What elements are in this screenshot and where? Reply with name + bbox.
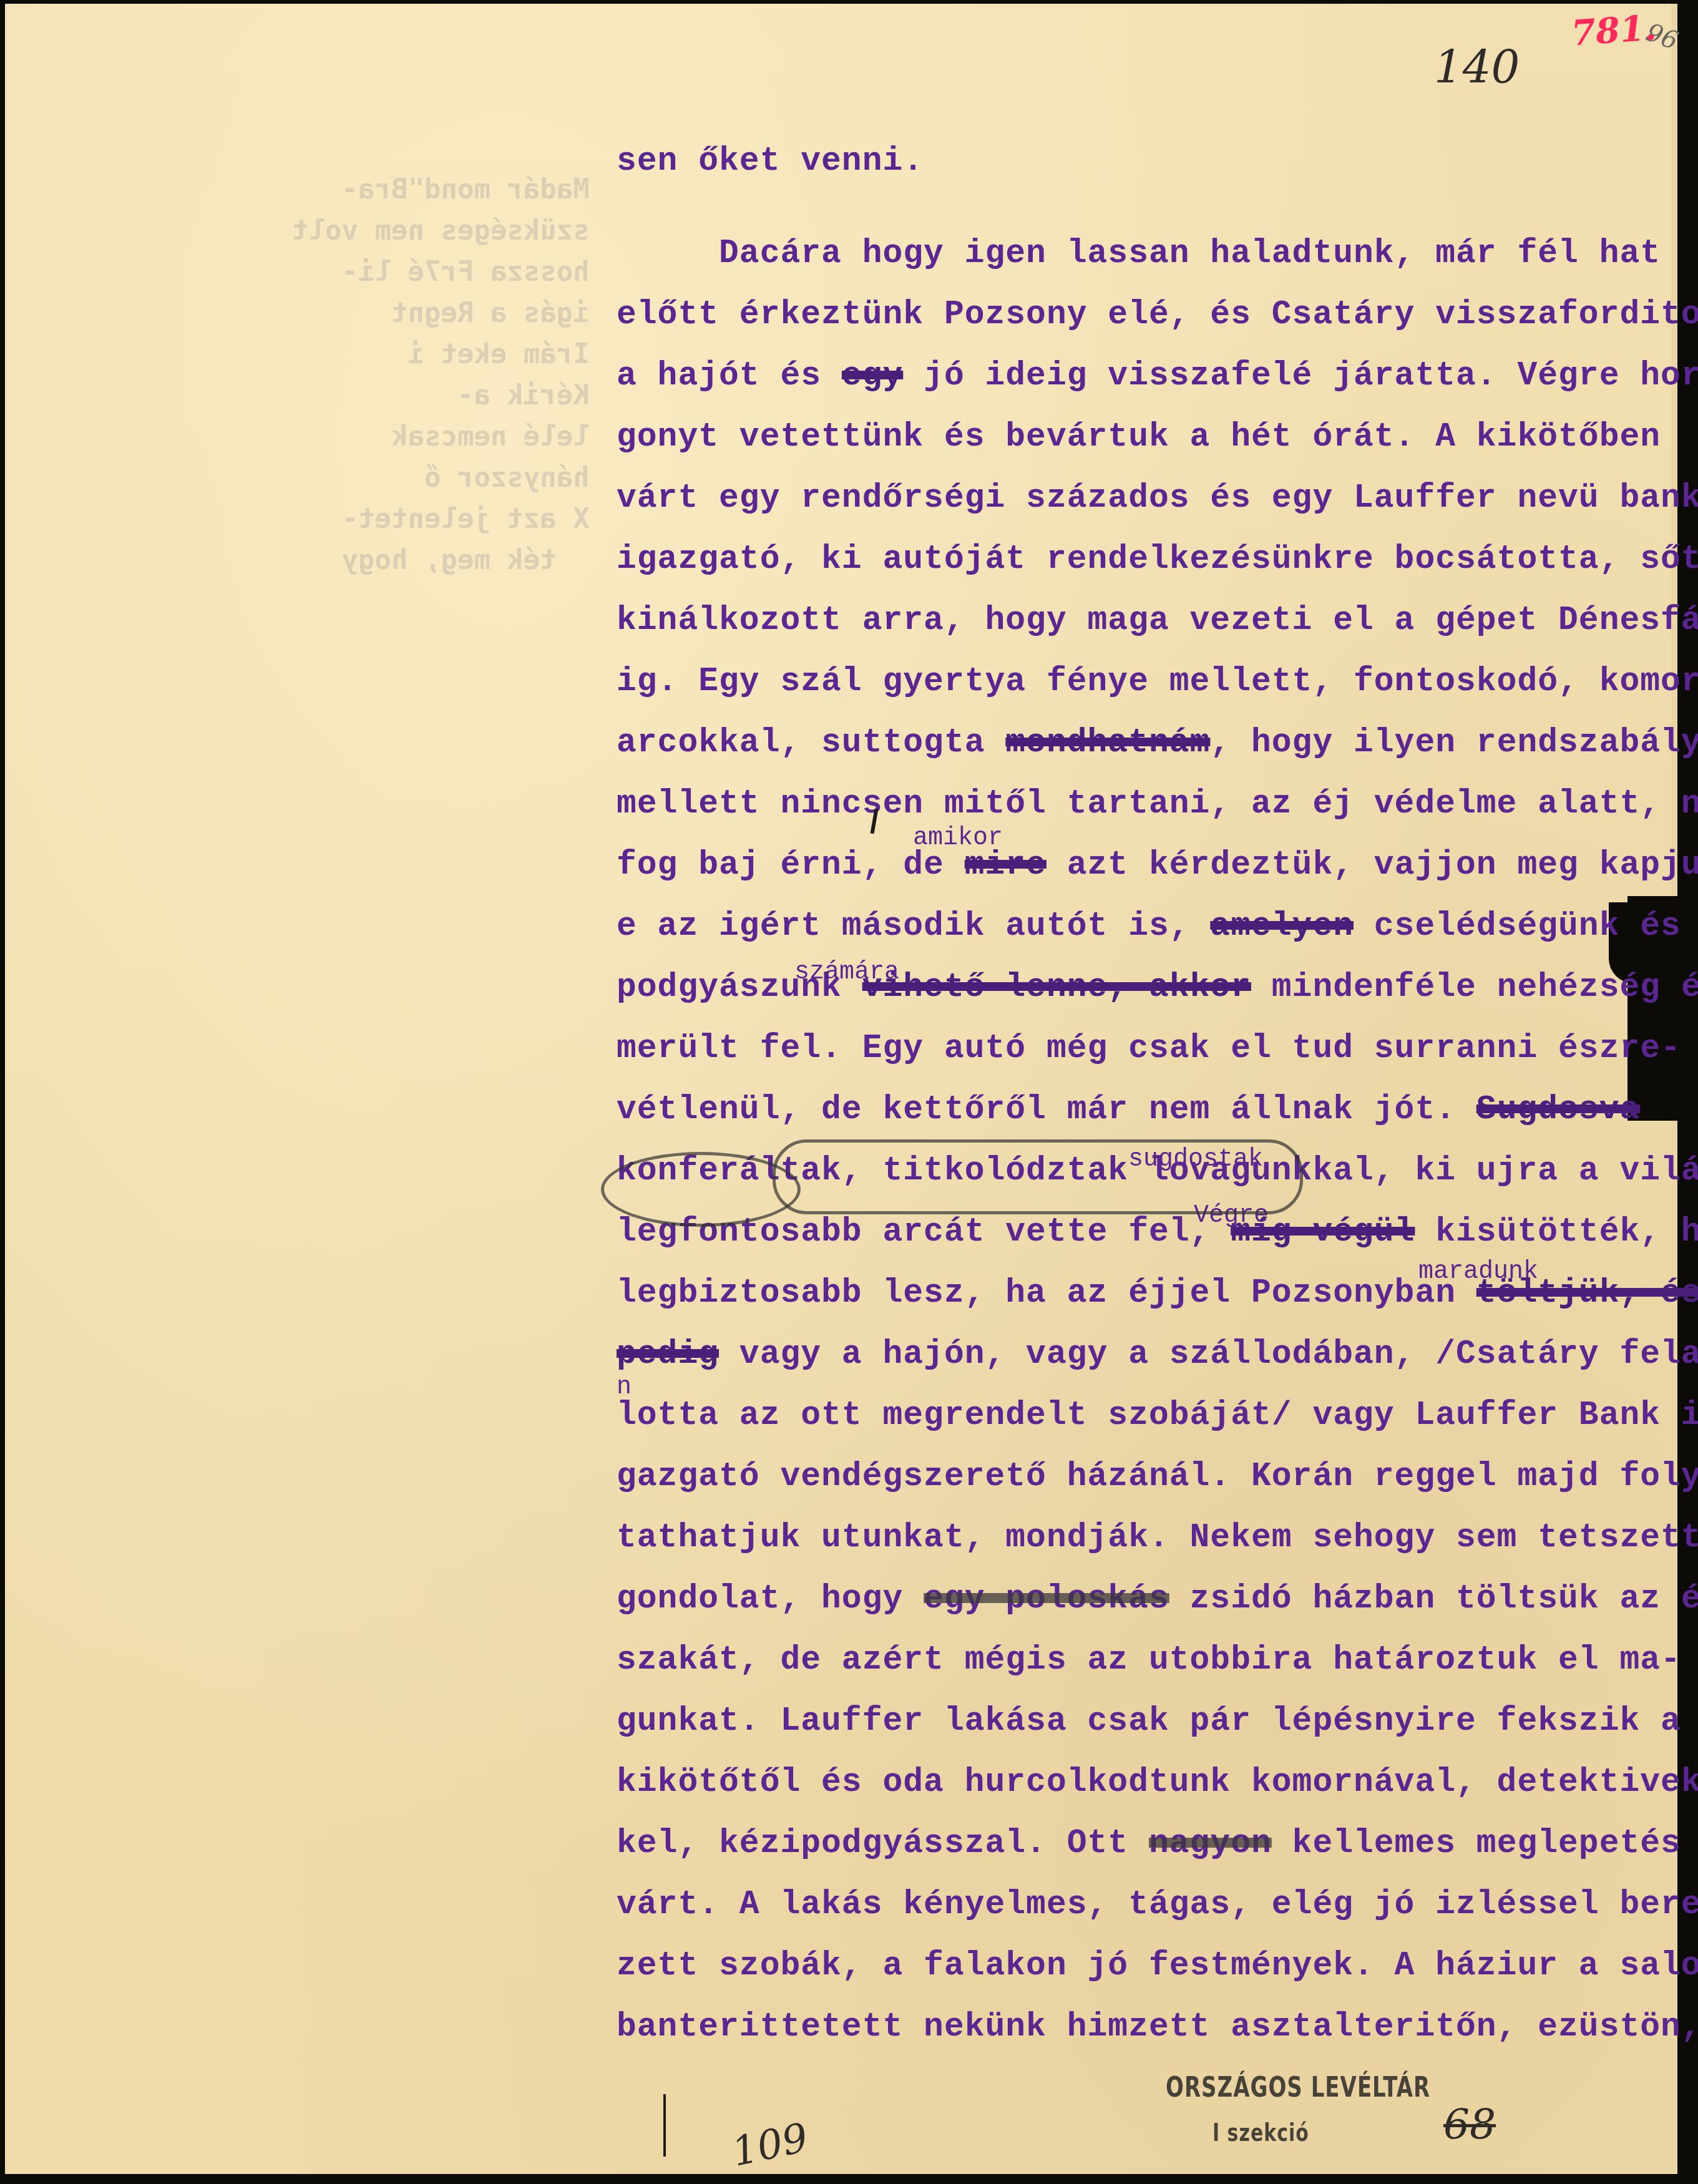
typed-line: banterittetett nekünk himzett asztalteri… xyxy=(617,2008,1698,2045)
typed-text: gunkat. Lauffer lakása csak pár lépésnyi… xyxy=(617,1702,1681,1740)
typed-line: vétlenül, de kettőről már nem állnak jót… xyxy=(617,1091,1640,1128)
typed-text: gondolat, hogy xyxy=(617,1580,924,1617)
typed-line: mellett nincsen mitől tartani, az éj véd… xyxy=(617,785,1698,822)
typed-line: merült fel. Egy autó még csak el tud sur… xyxy=(617,1030,1681,1067)
typed-line: gonyt vetettünk és bevártuk a hét órát. … xyxy=(617,418,1661,456)
typed-text: tathatjuk utunkat, mondják. Nekem sehogy… xyxy=(617,1519,1698,1556)
struck-typed-text: pedig xyxy=(617,1335,719,1373)
typed-insertion: amikor xyxy=(913,824,1003,852)
typed-line: tathatjuk utunkat, mondják. Nekem sehogy… xyxy=(617,1519,1698,1556)
typed-line: sen őket venni. xyxy=(617,142,924,180)
typed-line: fog baj érni, de mire azt kérdeztük, vaj… xyxy=(617,846,1698,884)
typed-text: kellemes meglepetés xyxy=(1272,1825,1681,1862)
typed-insertion: számára xyxy=(794,958,899,987)
typed-text: kikötőtől és oda hurcolkodtunk komornáva… xyxy=(617,1763,1698,1801)
typed-text: merült fel. Egy autó még csak el tud sur… xyxy=(617,1030,1681,1067)
typed-line: gunkat. Lauffer lakása csak pár lépésnyi… xyxy=(617,1702,1681,1740)
typed-text: Dacára hogy igen lassan haladtunk, már f… xyxy=(617,235,1661,272)
typed-text: lotta az ott megrendelt szobáját/ vagy L… xyxy=(617,1397,1698,1434)
typed-insertion: maradunk xyxy=(1418,1258,1538,1286)
typed-text: banterittetett nekünk himzett asztalteri… xyxy=(617,2008,1698,2045)
pencil-circle-annotation xyxy=(773,1139,1303,1214)
typed-line: igazgató, ki autóját rendelkezésünkre bo… xyxy=(617,540,1698,578)
typed-text: kel, kézipodgyásszal. Ott xyxy=(617,1825,1149,1862)
typed-text: igazgató, ki autóját rendelkezésünkre bo… xyxy=(617,540,1698,578)
typed-line: kel, kézipodgyásszal. Ott nagyon kelleme… xyxy=(617,1825,1681,1862)
typed-text: legbiztosabb lesz, ha az éjjel Pozsonyba… xyxy=(617,1274,1476,1312)
typed-text: cselédségünk és xyxy=(1354,907,1681,945)
typed-text: vagy a hajón, vagy a szállodában, /Csatá… xyxy=(719,1335,1698,1373)
struck-typed-text: vihető lenne, akkor xyxy=(862,968,1251,1006)
typed-line: kikötőtől és oda hurcolkodtunk komornáva… xyxy=(617,1763,1698,1801)
document-page: Madár mond"Bra- szükséges nem volt hossz… xyxy=(5,4,1677,2174)
typed-line: szakát, de azért mégis az utobbira határ… xyxy=(617,1641,1681,1679)
typed-text: szakát, de azért mégis az utobbira határ… xyxy=(617,1641,1681,1679)
typed-text: vétlenül, de kettőről már nem állnak jót… xyxy=(617,1091,1476,1128)
typed-line: várt. A lakás kényelmes, tágas, elég jó … xyxy=(617,1886,1698,1923)
typed-text: zsidó házban töltsük az éj- xyxy=(1169,1580,1698,1617)
archive-stamp-line2: I szekció xyxy=(1213,2119,1309,2148)
struck-typed-text: Sugdosva xyxy=(1476,1091,1640,1128)
struck-typed-text: egy xyxy=(842,357,903,394)
typed-text: , hogy ilyen rendszabályok xyxy=(1210,724,1698,761)
pencil-insertion-mark xyxy=(663,2094,666,2157)
page-number-bottom-left: 109 xyxy=(728,2115,812,2176)
typed-text: e az igért második autót is, xyxy=(617,907,1210,945)
typed-line: arcokkal, suttogta mondhatnám, hogy ilye… xyxy=(617,724,1698,761)
typed-text: ig. Egy szál gyertya fénye mellett, font… xyxy=(617,663,1698,700)
struck-pencil-text: nagyon xyxy=(1149,1825,1272,1862)
page-number-bottom-right-struck: 68 xyxy=(1443,2100,1496,2148)
typed-text: azt kérdeztük, vajjon meg kapjuk- xyxy=(1047,846,1698,884)
pencil-circle-annotation xyxy=(601,1152,801,1227)
typed-line: Dacára hogy igen lassan haladtunk, már f… xyxy=(617,235,1661,272)
typed-line: gondolat, hogy egy poloskás zsidó házban… xyxy=(617,1580,1698,1617)
archive-stamp-line1: ORSZÁGOS LEVÉLTÁR xyxy=(1166,2072,1430,2104)
bleed-through-text: Madár mond"Bra- szükséges nem volt hossz… xyxy=(292,169,590,581)
archive-reference-red: 781. xyxy=(1570,7,1658,54)
typed-line: zett szobák, a falakon jó festmények. A … xyxy=(617,1947,1698,1984)
typed-text: jó ideig visszafelé járatta. Végre hor- xyxy=(903,357,1698,394)
struck-typed-text: amelyen xyxy=(1210,907,1354,945)
typed-line: előtt érkeztünk Pozsony elé, és Csatáry … xyxy=(617,296,1698,333)
typed-line: e az igért második autót is, amelyen cse… xyxy=(617,907,1681,945)
typed-text: zett szobák, a falakon jó festmények. A … xyxy=(617,1947,1698,1984)
typed-text: mindenféle nehézség és aggá xyxy=(1251,968,1698,1006)
typed-line: lotta az ott megrendelt szobáját/ vagy L… xyxy=(617,1397,1698,1434)
typed-line: kinálkozott arra, hogy maga vezeti el a … xyxy=(617,602,1698,639)
typed-line: a hajót és egy jó ideig visszafelé járat… xyxy=(617,357,1698,394)
typed-text: előtt érkeztünk Pozsony elé, és Csatáry … xyxy=(617,296,1698,333)
struck-typed-text: mondhatnám xyxy=(1005,724,1210,761)
typed-text: várt egy rendőrségi százados és egy Lauf… xyxy=(617,479,1698,517)
typed-text: kisütötték, hogy xyxy=(1415,1213,1698,1250)
typed-text: gazgató vendégszerető házánál. Korán reg… xyxy=(617,1458,1698,1495)
typed-text: mellett nincsen mitől tartani, az éj véd… xyxy=(617,785,1698,822)
typed-text: sen őket venni. xyxy=(617,142,924,180)
typed-text: kinálkozott arra, hogy maga vezeti el a … xyxy=(617,602,1698,639)
typed-insertion: n xyxy=(617,1373,632,1402)
struck-pencil-text: egy poloskás xyxy=(924,1580,1169,1617)
typed-line: pedig vagy a hajón, vagy a szállodában, … xyxy=(617,1335,1698,1373)
typed-line: várt egy rendőrségi százados és egy Lauf… xyxy=(617,479,1698,517)
typed-line: gazgató vendégszerető házánál. Korán reg… xyxy=(617,1458,1698,1495)
page-number-top: 140 xyxy=(1434,41,1520,94)
typed-text: várt. A lakás kényelmes, tágas, elég jó … xyxy=(617,1886,1698,1923)
typed-text: a hajót és xyxy=(617,357,842,394)
typed-text: gonyt vetettünk és bevártuk a hét órát. … xyxy=(617,418,1661,456)
typed-line: ig. Egy szál gyertya fénye mellett, font… xyxy=(617,663,1698,700)
typed-line: podgyászunk vihető lenne, akkor mindenfé… xyxy=(617,968,1698,1006)
typed-line: legfontosabb arcát vette fel, míg végül … xyxy=(617,1213,1698,1250)
typed-text: arcokkal, suttogta xyxy=(617,724,1005,761)
